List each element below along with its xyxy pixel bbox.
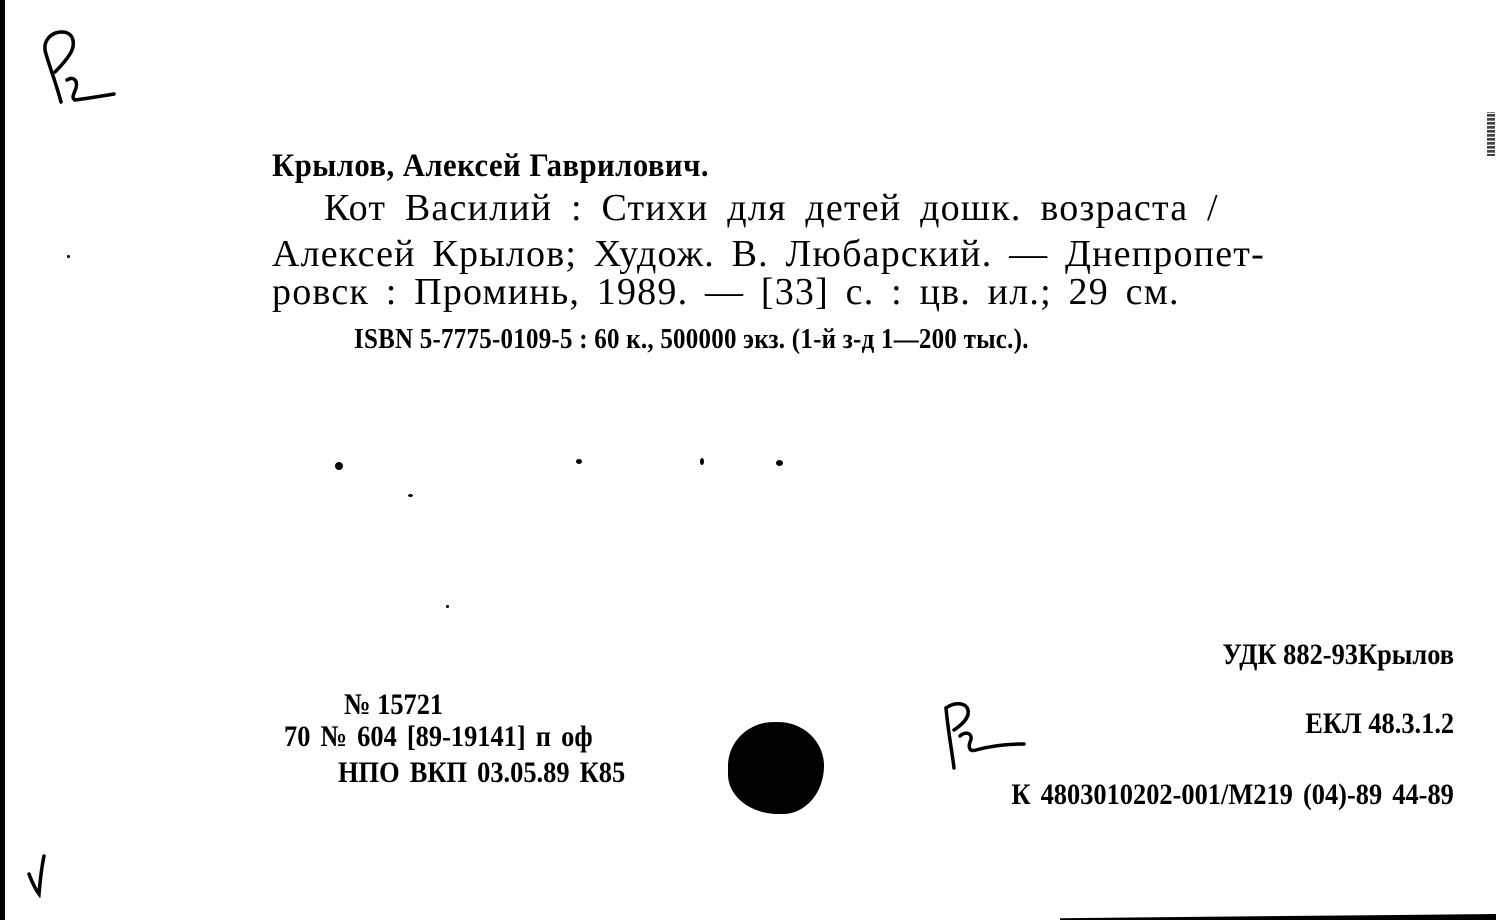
handwritten-initials-icon bbox=[40, 28, 120, 108]
ink-speck bbox=[576, 459, 582, 464]
ekl-code: ЕКЛ 48.3.1.2 bbox=[1305, 707, 1454, 741]
library-catalog-card: Крылов, Алексей Гаврилович. Кот Василий … bbox=[0, 0, 1496, 920]
card-number: № 15721 bbox=[344, 688, 443, 722]
handwritten-initials-icon bbox=[940, 696, 1030, 770]
title-line: Кот Василий : Стихи для детей дошк. возр… bbox=[324, 186, 1219, 230]
ink-speck bbox=[335, 462, 343, 470]
publisher-date-line: НПО ВКП 03.05.89 К85 bbox=[338, 756, 625, 790]
ink-speck bbox=[776, 460, 783, 466]
udk-code: УДК 882-93Крылов bbox=[1223, 638, 1454, 672]
ink-speck bbox=[408, 494, 413, 497]
scan-artifact-stamp bbox=[1487, 112, 1495, 156]
ink-speck bbox=[446, 605, 449, 608]
ink-speck bbox=[67, 255, 70, 258]
checkmark-icon bbox=[24, 852, 64, 898]
publication-line: ровск : Проминь, 1989. — [33] с. : цв. и… bbox=[272, 270, 1180, 314]
index-code: К 4803010202-001/М219 (04)-89 44-89 bbox=[1011, 778, 1454, 812]
print-order-line: 70 № 604 [89-19141] п оф bbox=[284, 720, 593, 754]
scan-bottom-edge bbox=[1060, 914, 1496, 920]
ink-blot bbox=[728, 722, 824, 814]
author-heading: Крылов, Алексей Гаврилович. bbox=[272, 148, 709, 185]
isbn-line: ISBN 5-7775-0109-5 : 60 к., 500000 экз. … bbox=[354, 323, 1029, 356]
scan-left-edge bbox=[0, 0, 5, 920]
ink-speck bbox=[700, 458, 704, 465]
